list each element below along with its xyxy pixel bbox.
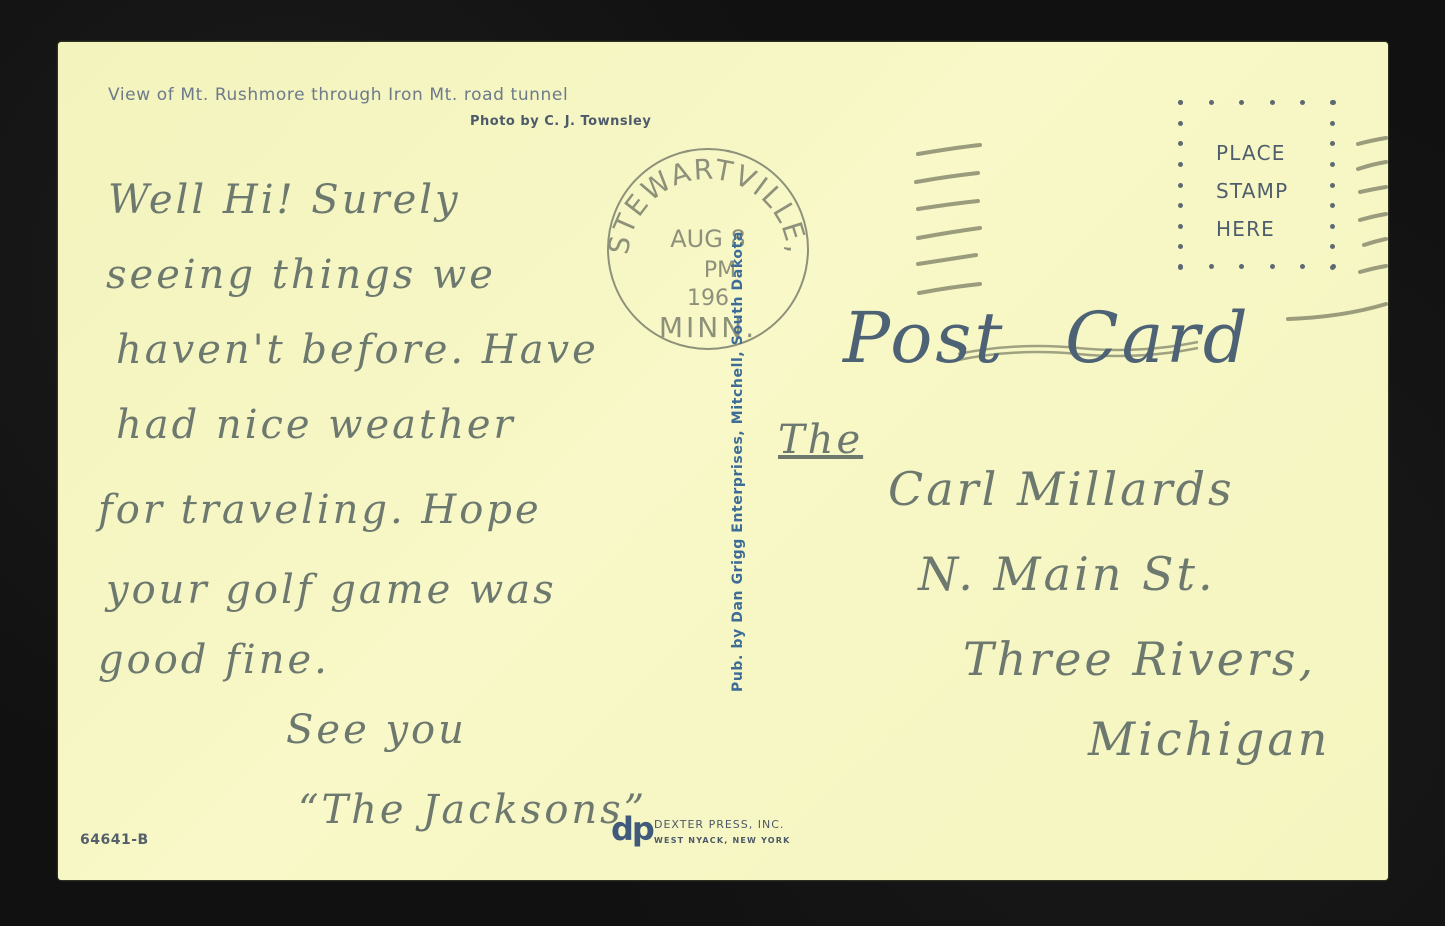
postmark-year: 196 xyxy=(687,286,729,311)
stamp-text-line1: PLACE xyxy=(1216,134,1288,172)
stamp-text-line3: HERE xyxy=(1216,210,1288,248)
stamp-text-line2: STAMP xyxy=(1216,172,1288,210)
message-line-1: Well Hi! Surely xyxy=(108,177,461,223)
photo-credit: Photo by C. J. Townsley xyxy=(470,114,651,129)
printer-name: DEXTER PRESS, INC. xyxy=(654,817,791,833)
postcard-title: Post Card xyxy=(843,297,1251,379)
dexter-press-logo: dp xyxy=(611,810,653,848)
message-signature: “The Jacksons” xyxy=(298,787,647,833)
message-line-6: your golf game was xyxy=(106,567,557,613)
publisher-credit: Pub. by Dan Grigg Enterprises, Mitchell,… xyxy=(730,231,746,692)
card-number: 64641-B xyxy=(80,832,149,848)
address-name: Carl Millards xyxy=(888,462,1235,516)
stamp-border-bottom xyxy=(1178,264,1336,270)
message-line-5: for traveling. Hope xyxy=(98,487,542,533)
address-state: Michigan xyxy=(1088,712,1330,766)
title-card: Card xyxy=(1065,297,1251,379)
address-prefix: The xyxy=(778,417,863,463)
stamp-instructions: PLACE STAMP HERE xyxy=(1216,134,1288,248)
title-post: Post xyxy=(843,297,1005,379)
address-city: Three Rivers, xyxy=(963,632,1316,686)
address-street: N. Main St. xyxy=(918,547,1216,601)
message-line-7: good fine. xyxy=(98,637,330,683)
stamp-placement-box: PLACE STAMP HERE xyxy=(1178,100,1336,270)
message-line-2: seeing things we xyxy=(106,252,496,298)
printer-location: WEST NYACK, NEW YORK xyxy=(654,833,791,849)
stamp-border-right xyxy=(1330,100,1336,270)
message-line-4: had nice weather xyxy=(116,402,516,448)
stamp-border-top xyxy=(1178,100,1336,106)
postcard: View of Mt. Rushmore through Iron Mt. ro… xyxy=(58,42,1388,880)
photo-caption: View of Mt. Rushmore through Iron Mt. ro… xyxy=(108,85,568,105)
stamp-border-left xyxy=(1178,100,1184,270)
message-closing: See you xyxy=(286,707,467,753)
svg-text:STEWARTVILLE,: STEWARTVILLE, xyxy=(602,153,814,257)
printer-info: DEXTER PRESS, INC. WEST NYACK, NEW YORK xyxy=(654,817,791,849)
message-line-3: haven't before. Have xyxy=(116,327,599,373)
